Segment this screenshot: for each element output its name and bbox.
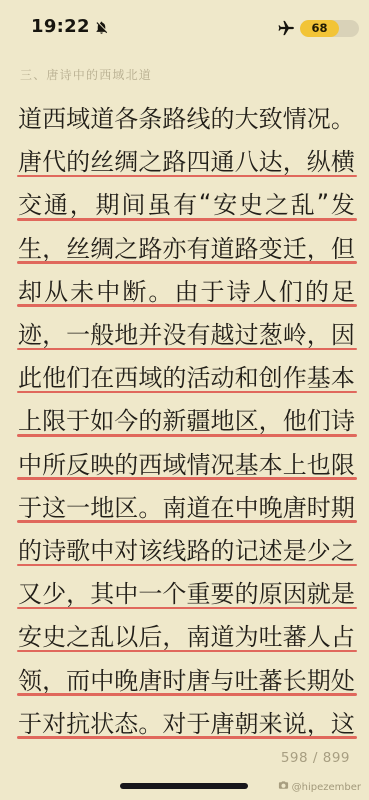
watermark: @hipezember <box>278 780 361 794</box>
text-line: 安史之乱以后，南道为吐蕃人占 <box>18 613 355 656</box>
bell-slash-icon <box>94 20 109 35</box>
text-line: 又少，其中一个重要的原因就是 <box>18 570 355 613</box>
text-line: 唐代的丝绸之路四通八达，纵横 <box>18 138 355 181</box>
text-line: 却从未中断。由于诗人们的足 <box>18 268 355 311</box>
status-bar-right: 68 <box>277 19 359 37</box>
battery-level-label: 68 <box>300 20 339 37</box>
airplane-icon <box>277 19 295 37</box>
text-line: 交通，期间虽有“安史之乱”发 <box>18 181 355 224</box>
camera-icon <box>278 780 289 794</box>
text-line: 领，而中晚唐时唐与吐蕃长期处 <box>18 656 355 699</box>
chapter-title: 三、唐诗中的西域北道 <box>20 66 152 83</box>
home-indicator-handle[interactable] <box>120 783 248 789</box>
watermark-label: @hipezember <box>292 782 361 793</box>
text-line: 于对抗状态。对于唐朝来说，这 <box>18 700 355 743</box>
text-line: 此他们在西域的活动和创作基本 <box>18 354 355 397</box>
text-line: 生，丝绸之路亦有道路变迁，但 <box>18 225 355 268</box>
status-bar: 19:22 68 <box>0 17 369 39</box>
status-bar-left: 19:22 <box>31 17 109 37</box>
text-line: 迹，一般地并没有越过葱岭，因 <box>18 311 355 354</box>
ebook-reader-page: 19:22 68 三、唐诗中的西域北道 道西域道各条路线的大致情况。唐代的丝绸之… <box>0 0 369 800</box>
text-line: 中所反映的西域情况基本上也限 <box>18 441 355 484</box>
text-line: 于这一地区。南道在中晚唐时期 <box>18 484 355 527</box>
page-indicator: 598 / 899 <box>281 750 350 766</box>
text-line: 道西域道各条路线的大致情况。 <box>18 95 355 138</box>
text-line: 上限于如今的新疆地区，他们诗 <box>18 397 355 440</box>
reading-area[interactable]: 道西域道各条路线的大致情况。唐代的丝绸之路四通八达，纵横交通，期间虽有“安史之乱… <box>18 95 355 743</box>
battery-indicator: 68 <box>300 20 359 37</box>
clock-label: 19:22 <box>31 17 90 37</box>
text-line: 的诗歌中对该线路的记述是少之 <box>18 527 355 570</box>
